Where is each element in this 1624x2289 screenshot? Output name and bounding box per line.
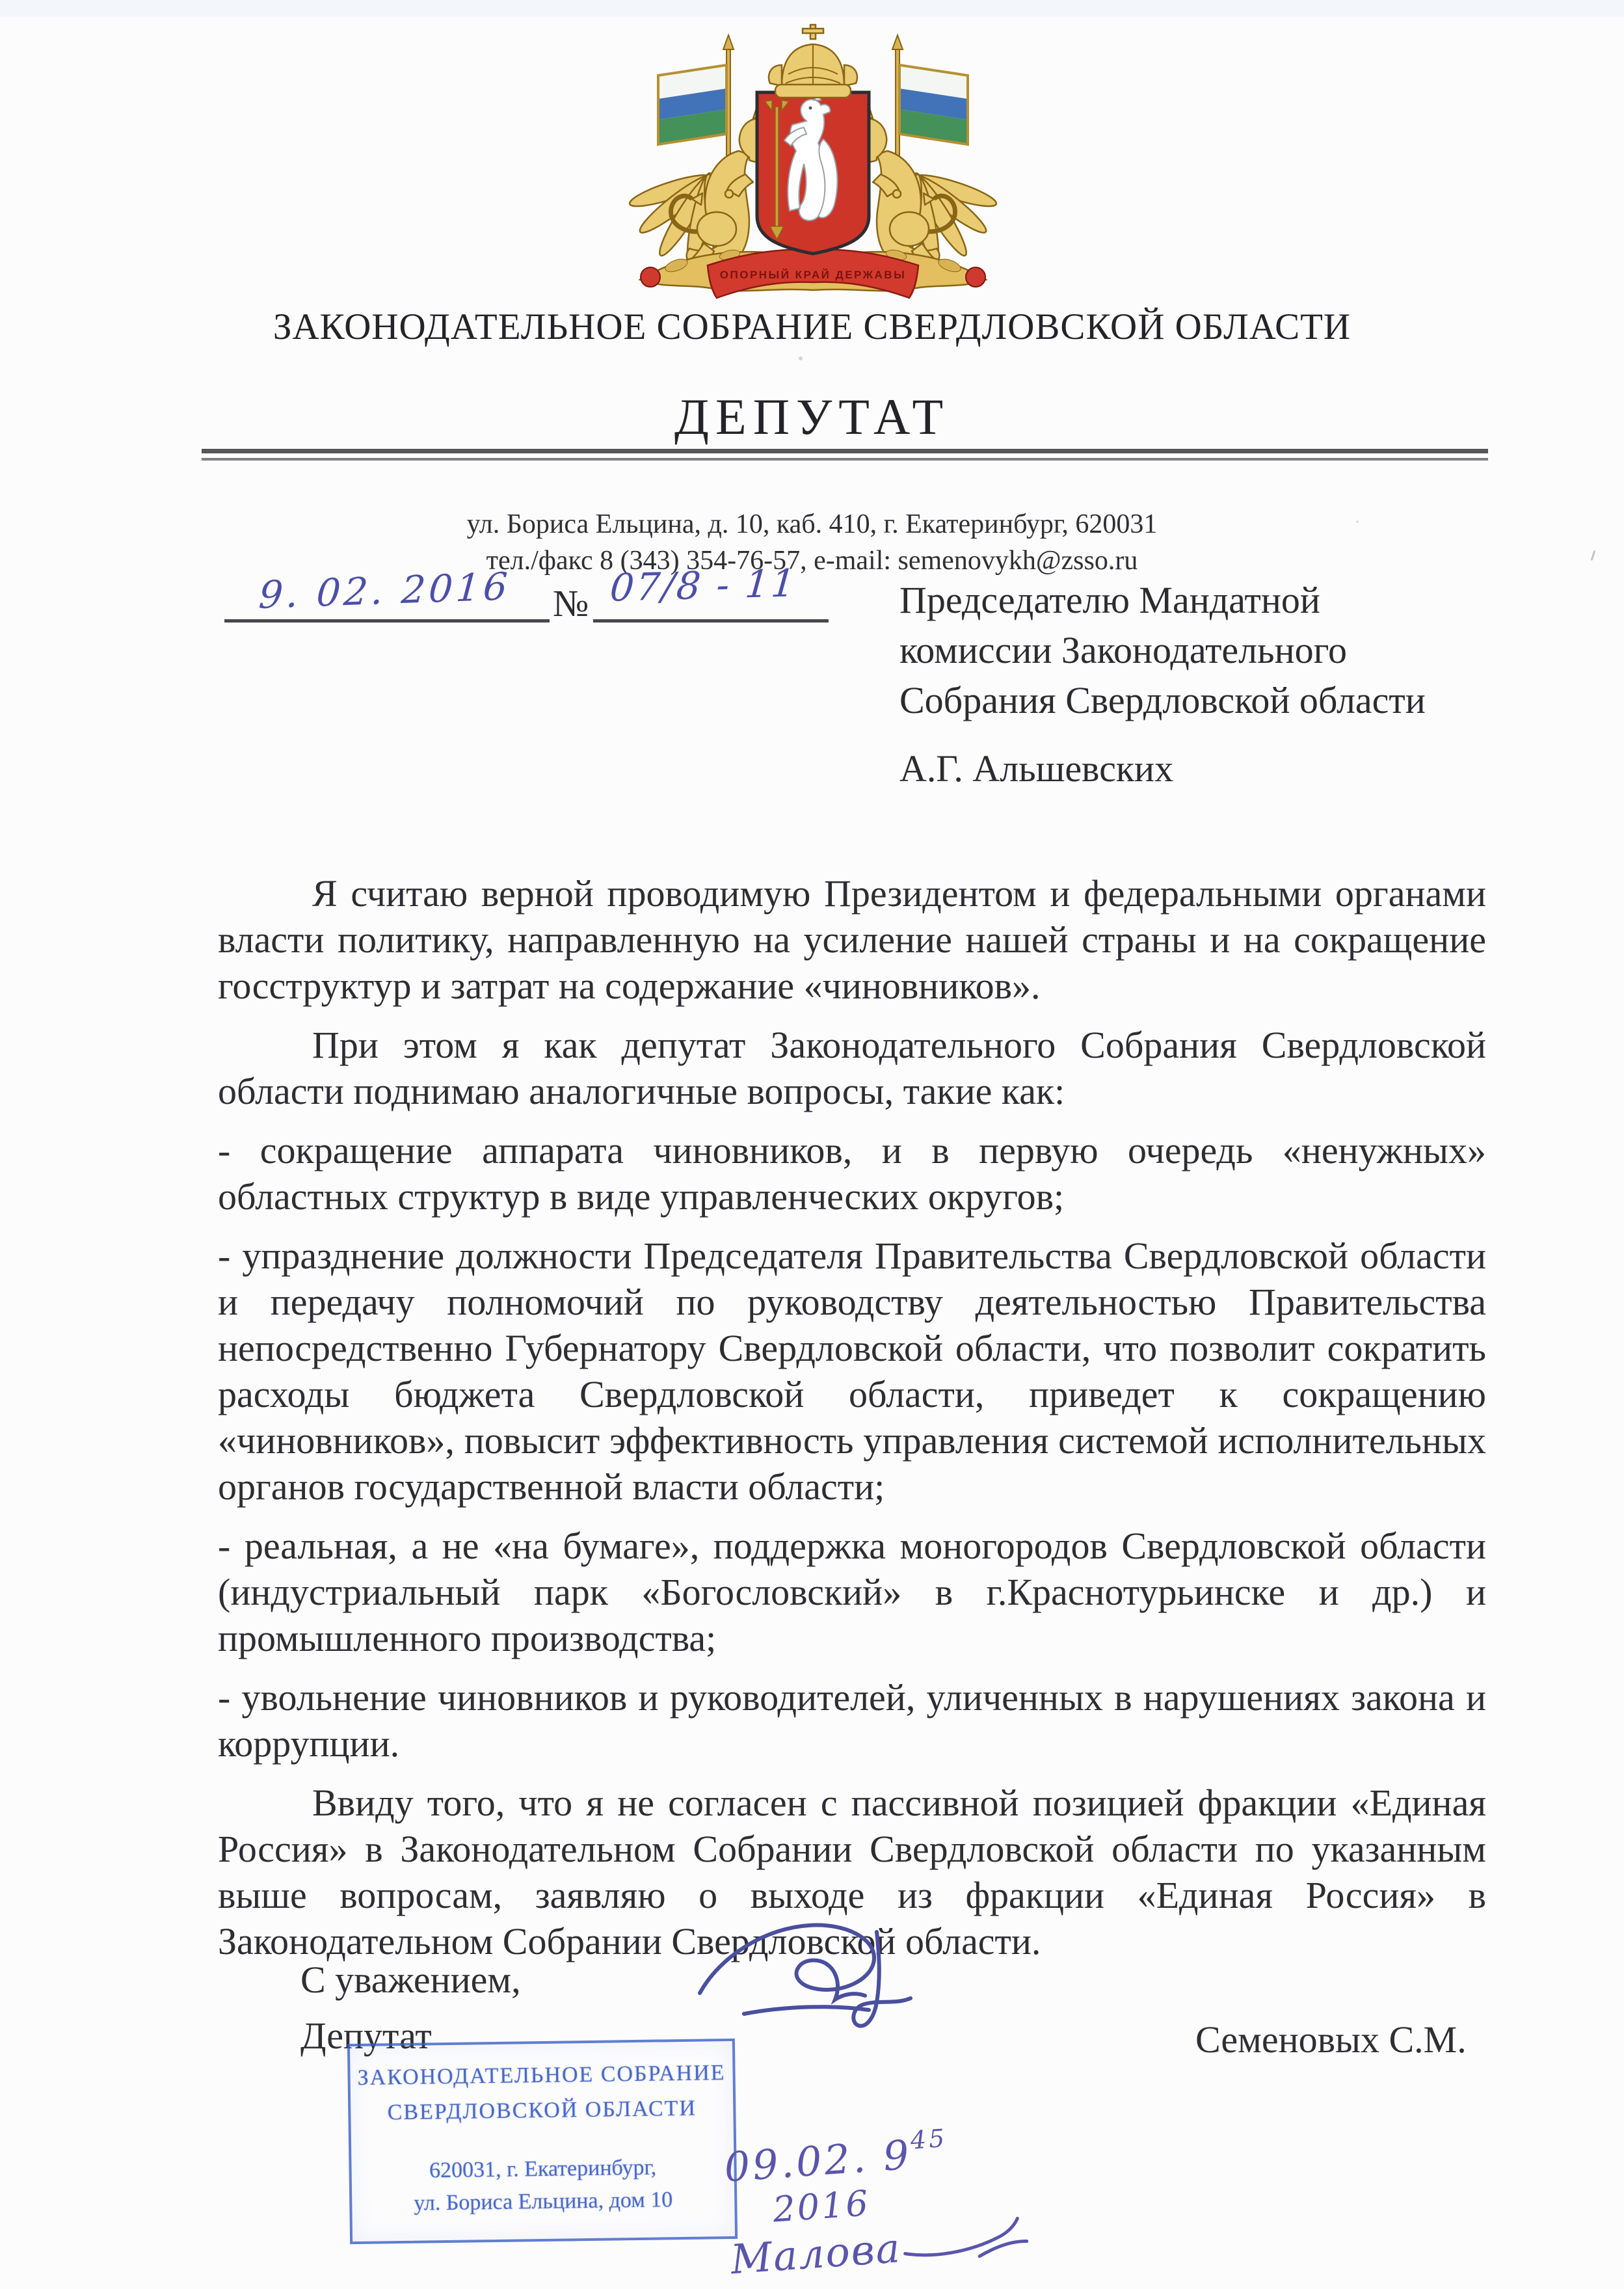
signer-name: Семеновых С.М. — [1195, 2018, 1467, 2061]
stamp-line: 620031, г. Екатеринбург, — [351, 2154, 734, 2184]
paragraph: Я считаю верной проводимую Президентом и… — [218, 870, 1486, 1009]
stamp-line: ЗАКОНОДАТЕЛЬНОЕ СОБРАНИЕ — [350, 2061, 732, 2091]
coat-of-arms: ОПОРНЫЙ КРАЙ ДЕРЖАВЫ — [611, 23, 1015, 307]
emblem-motto: ОПОРНЫЙ КРАЙ ДЕРЖАВЫ — [720, 269, 906, 281]
handwritten-ref-number: 07/8 - 11 — [608, 561, 799, 610]
handwritten-receipt-note: 09.02. 945 2016 Малова — [723, 2119, 1096, 2284]
received-time-superscript: 45 — [909, 2124, 948, 2155]
number-underline — [593, 619, 829, 622]
letter-body: Я считаю верной проводимую Президентом и… — [218, 870, 1486, 1977]
scan-speck — [1356, 520, 1359, 523]
list-item: - сокращение аппарата чиновников, и в пе… — [218, 1127, 1486, 1220]
scan-speck — [799, 356, 803, 360]
addressee-name: А.Г. Альшевских — [899, 747, 1173, 790]
number-sign-label: № — [553, 582, 589, 625]
crown-icon — [769, 25, 857, 98]
addressee-line: Собрания Свердловской области — [899, 675, 1485, 725]
date-underline — [224, 619, 550, 622]
role-title: ДЕПУТАТ — [0, 388, 1624, 446]
letterhead-address: ул. Бориса Ельцина, д. 10, каб. 410, г. … — [0, 509, 1624, 540]
paragraph: При этом я как депутат Законодательного … — [218, 1022, 1486, 1114]
list-item: - упразднение должности Председателя Пра… — [218, 1233, 1486, 1510]
handwritten-date: 9. 02. 2016 — [258, 564, 512, 617]
letterhead-phone-email: тел./факс 8 (343) 354-76-57, e-mail: sem… — [0, 545, 1624, 576]
signature-flourish-icon — [899, 2212, 1032, 2267]
salutation: С уважением, — [300, 1958, 521, 2001]
addressee-block: Председателю Мандатной комиссии Законода… — [899, 575, 1485, 725]
addressee-line: комиссии Законодательного — [899, 625, 1485, 675]
stamp-line: СВЕРДЛОВСКОЙ ОБЛАСТИ — [351, 2096, 733, 2126]
list-item: - увольнение чиновников и руководителей,… — [218, 1674, 1486, 1767]
shield-icon — [757, 92, 869, 254]
org-name: ЗАКОНОДАТЕЛЬНОЕ СОБРАНИЕ СВЕРДЛОВСКОЙ ОБ… — [0, 306, 1624, 348]
addressee-line: Председателю Мандатной — [899, 575, 1485, 625]
handwritten-signature — [682, 1916, 961, 2040]
registration-stamp: ЗАКОНОДАТЕЛЬНОЕ СОБРАНИЕ СВЕРДЛОВСКОЙ ОБ… — [347, 2039, 738, 2244]
letter-page: ОПОРНЫЙ КРАЙ ДЕРЖАВЫ — [0, 0, 1624, 2289]
list-item: - реальная, а не «на бумаге», поддержка … — [218, 1523, 1486, 1661]
stamp-line: ул. Бориса Ельцина, дом 10 — [352, 2187, 734, 2217]
letterhead-divider — [202, 449, 1488, 453]
scan-speck — [1109, 565, 1112, 568]
